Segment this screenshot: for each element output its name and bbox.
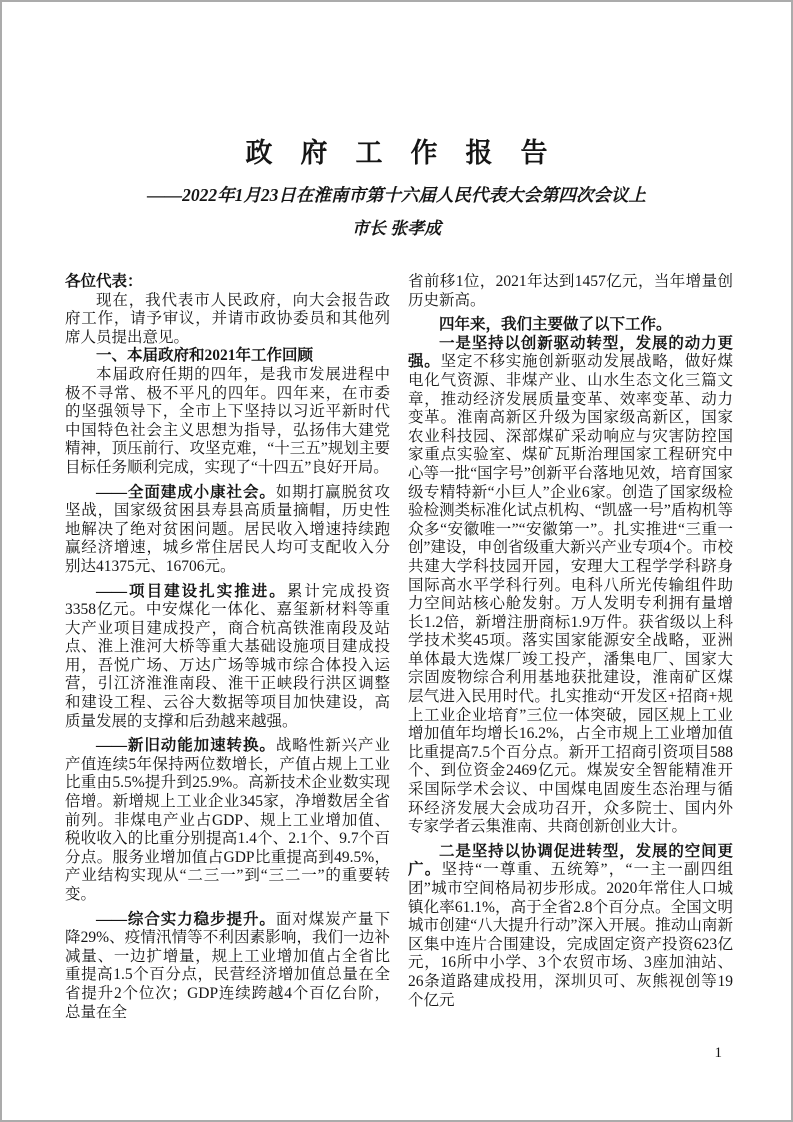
achievement-strength-paragraph: ——综合实力稳步提升。面对煤炭产量下降29%、疫情汛情等不利因素影响，我们一边补…: [65, 911, 390, 1023]
page-title: 政府工作报告: [2, 136, 791, 170]
continuation-paragraph: 省前移1位，2021年达到1457亿元，当年增量创历史新高。: [408, 273, 733, 310]
four-years-summary-heading: 四年来，我们主要做了以下工作。: [408, 316, 733, 335]
intro-paragraph: 现在，我代表市人民政府，向大会报告政府工作，请予审议，并请市政协委员和其他列席人…: [65, 292, 390, 348]
salutation-paragraph: 各位代表：: [65, 273, 390, 292]
document-page: 政府工作报告 ——2022年1月23日在淮南市第十六届人民代表大会第四次会议上 …: [0, 0, 793, 1122]
section-1-overview-paragraph: 本届政府任期的四年，是我市发展进程中极不寻常、极不平凡的四年。四年来，在市委的坚…: [65, 366, 390, 478]
document-header: 政府工作报告 ——2022年1月23日在淮南市第十六届人民代表大会第四次会议上 …: [2, 2, 791, 240]
page-number: 1: [715, 1044, 723, 1062]
achievement-momentum-paragraph: ——新旧动能加速转换。战略性新兴产业产值连续5年保持两位数增长，产值占规上工业比…: [65, 737, 390, 904]
achievement-projects-paragraph: ——项目建设扎实推进。累计完成投资3358亿元。中安煤化一体化、嘉玺新材料等重大…: [65, 583, 390, 732]
speaker-line: 市长 张孝成: [2, 218, 791, 240]
achievement-xiaokang-paragraph: ——全面建成小康社会。如期打赢脱贫攻坚战，国家级贫困县寿县高质量摘帽，历史性地解…: [65, 484, 390, 577]
work-item-1-paragraph: 一是坚持以创新驱动转型，发展的动力更强。坚定不移实施创新驱动发展战略，做好煤电化…: [408, 335, 733, 837]
section-1-heading: 一、本届政府和2021年工作回顾: [65, 347, 390, 366]
document-body: 各位代表： 现在，我代表市人民政府，向大会报告政府工作，请予审议，并请市政协委员…: [2, 273, 791, 1022]
work-item-2-paragraph: 二是坚持以协调促进转型，发展的空间更广。坚持“一尊重、五统筹”，“一主一副四组团…: [408, 843, 733, 1010]
right-column: 省前移1位，2021年达到1457亿元，当年增量创历史新高。 四年来，我们主要做…: [408, 273, 733, 1022]
left-column: 各位代表： 现在，我代表市人民政府，向大会报告政府工作，请予审议，并请市政协委员…: [65, 273, 390, 1022]
report-subtitle: ——2022年1月23日在淮南市第十六届人民代表大会第四次会议上: [2, 183, 791, 207]
salutation-text: 各位代表：: [65, 273, 143, 290]
